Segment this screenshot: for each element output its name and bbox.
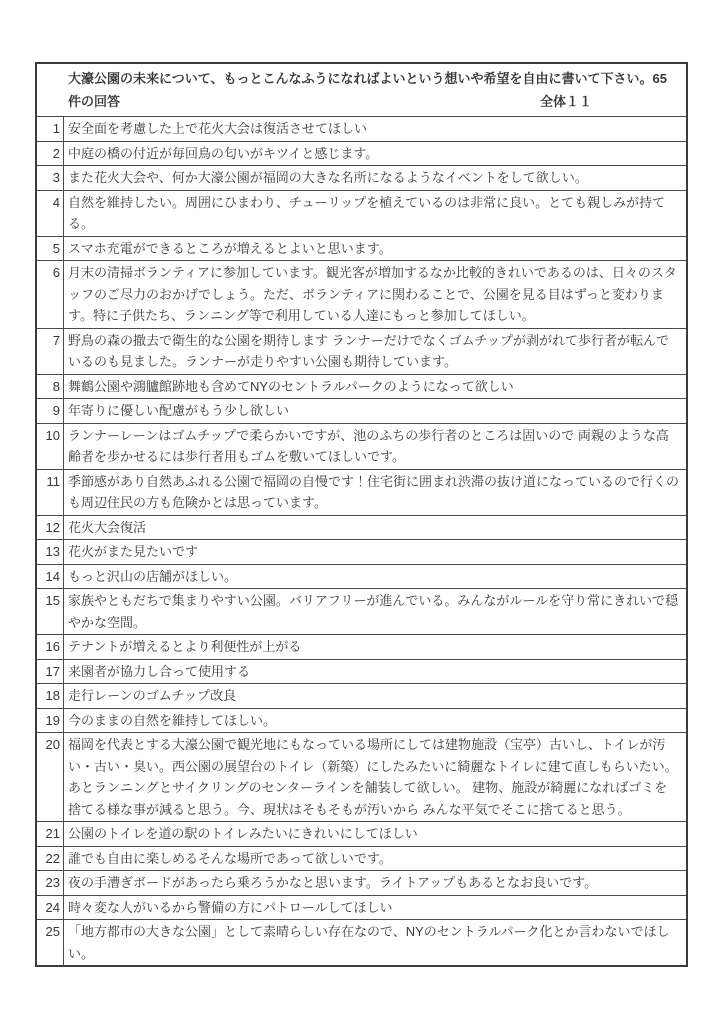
row-number: 17 [37,660,64,684]
row-number: 23 [37,871,64,895]
response-text: 月末の清掃ボランティアに参加しています。観光客が増加するなか比較的きれいであるの… [64,261,686,328]
row-number: 13 [37,540,64,564]
table-row: 17 来園者が協力し合って使用する [37,660,686,685]
row-number: 22 [37,847,64,871]
document-page: 大濠公園の未来について、もっとこんなふうになればよいという想いや希望を自由に書い… [0,0,724,1024]
table-row: 20 福岡を代表とする大濠公園で観光地にもなっている場所にしては建物施設（宝亭）… [37,733,686,822]
response-text: 安全面を考慮した上で花火大会は復活させてほしい [64,117,686,141]
response-text: 来園者が協力し合って使用する [64,660,686,684]
response-text: 季節感があり自然あふれる公園で福岡の自慢です！住宅街に囲まれ渋滞の抜け道になって… [64,470,686,515]
response-rows: 1 安全面を考慮した上で花火大会は復活させてほしい 2 中庭の橋の付近が毎回鳥の… [37,117,686,965]
table-row: 21 公園のトイレを道の駅のトイレみたいにきれいにしてほしい [37,822,686,847]
row-number: 9 [37,399,64,423]
response-text: 舞鶴公園や鴻臚館跡地も含めてNYのセントラルパークのようになって欲しい [64,375,686,399]
row-number: 15 [37,589,64,634]
table-row: 7 野鳥の森の撤去で衛生的な公園を期待します ランナーだけでなくゴムチップが剥が… [37,329,686,375]
table-row: 15 家族やともだちで集まりやすい公園。バリアフリーが進んでいる。みんながルール… [37,589,686,635]
row-number: 2 [37,142,64,166]
response-text: 「地方都市の大きな公園」として素晴らしい存在なので、NYのセントラルパーク化とか… [64,920,686,965]
response-text: ランナーレーンはゴムチップで柔らかいですが、池のふちの歩行者のところは固いので … [64,424,686,469]
table-row: 23 夜の手漕ぎボードがあったら乗ろうかなと思います。ライトアップもあるとなお良… [37,871,686,896]
response-text: もっと沢山の店舗がほしい。 [64,565,686,589]
table-row: 25 「地方都市の大きな公園」として素晴らしい存在なので、NYのセントラルパーク… [37,920,686,965]
response-text: 公園のトイレを道の駅のトイレみたいにきれいにしてほしい [64,822,686,846]
row-number: 10 [37,424,64,469]
overall-count-label: 全体１１ [540,90,592,113]
response-text: 年寄りに優しい配慮がもう少し欲しい [64,399,686,423]
table-row: 5 スマホ充電ができるところが増えるとよいと思います。 [37,237,686,262]
table-row: 18 走行レーンのゴムチップ改良 [37,684,686,709]
response-text: 野鳥の森の撤去で衛生的な公園を期待します ランナーだけでなくゴムチップが剥がれて… [64,329,686,374]
table-row: 11 季節感があり自然あふれる公園で福岡の自慢です！住宅街に囲まれ渋滞の抜け道に… [37,470,686,516]
table-row: 8 舞鶴公園や鴻臚館跡地も含めてNYのセントラルパークのようになって欲しい [37,375,686,400]
row-number: 20 [37,733,64,821]
table-row: 9 年寄りに優しい配慮がもう少し欲しい [37,399,686,424]
table-row: 3 また花火大会や、何か大濠公園が福岡の大きな名所になるようなイベントをして欲し… [37,166,686,191]
table-row: 24 時々変な人がいるから警備の方にパトロールしてほしい [37,896,686,921]
response-text: 家族やともだちで集まりやすい公園。バリアフリーが進んでいる。みんながルールを守り… [64,589,686,634]
table-row: 13 花火がまた見たいです [37,540,686,565]
response-text: また花火大会や、何か大濠公園が福岡の大きな名所になるようなイベントをして欲しい。 [64,166,686,190]
survey-response-table: 大濠公園の未来について、もっとこんなふうになればよいという想いや希望を自由に書い… [35,62,688,967]
response-text: 誰でも自由に楽しめるそんな場所であって欲しいです。 [64,847,686,871]
table-header: 大濠公園の未来について、もっとこんなふうになればよいという想いや希望を自由に書い… [37,64,686,117]
row-number: 14 [37,565,64,589]
response-text: 走行レーンのゴムチップ改良 [64,684,686,708]
response-text: 中庭の橋の付近が毎回鳥の匂いがキツイと感じます。 [64,142,686,166]
table-row: 6 月末の清掃ボランティアに参加しています。観光客が増加するなか比較的きれいであ… [37,261,686,329]
table-row: 10 ランナーレーンはゴムチップで柔らかいですが、池のふちの歩行者のところは固い… [37,424,686,470]
response-text: スマホ充電ができるところが増えるとよいと思います。 [64,237,686,261]
row-number: 8 [37,375,64,399]
response-text: 自然を維持したい。周囲にひまわり、チューリップを植えているのは非常に良い。とても… [64,191,686,236]
response-text: 花火大会復活 [64,516,686,540]
table-row: 2 中庭の橋の付近が毎回鳥の匂いがキツイと感じます。 [37,142,686,167]
row-number: 12 [37,516,64,540]
response-text: 今のままの自然を維持してほしい。 [64,709,686,733]
response-text: 福岡を代表とする大濠公園で観光地にもなっている場所にしては建物施設（宝亭）古いし… [64,733,686,821]
row-number: 11 [37,470,64,515]
table-row: 4 自然を維持したい。周囲にひまわり、チューリップを植えているのは非常に良い。と… [37,191,686,237]
table-row: 22 誰でも自由に楽しめるそんな場所であって欲しいです。 [37,847,686,872]
row-number: 16 [37,635,64,659]
response-text: テナントが増えるとより利便性が上がる [64,635,686,659]
row-number: 5 [37,237,64,261]
row-number: 4 [37,191,64,236]
row-number: 1 [37,117,64,141]
response-text: 夜の手漕ぎボードがあったら乗ろうかなと思います。ライトアップもあるとなお良いです… [64,871,686,895]
row-number: 24 [37,896,64,920]
table-row: 1 安全面を考慮した上で花火大会は復活させてほしい [37,117,686,142]
table-row: 16 テナントが増えるとより利便性が上がる [37,635,686,660]
row-number: 18 [37,684,64,708]
row-number: 25 [37,920,64,965]
row-number: 19 [37,709,64,733]
table-row: 19 今のままの自然を維持してほしい。 [37,709,686,734]
row-number: 6 [37,261,64,328]
response-text: 花火がまた見たいです [64,540,686,564]
table-row: 14 もっと沢山の店舗がほしい。 [37,565,686,590]
row-number: 7 [37,329,64,374]
response-text: 時々変な人がいるから警備の方にパトロールしてほしい [64,896,686,920]
row-number: 3 [37,166,64,190]
row-number: 21 [37,822,64,846]
table-row: 12 花火大会復活 [37,516,686,541]
